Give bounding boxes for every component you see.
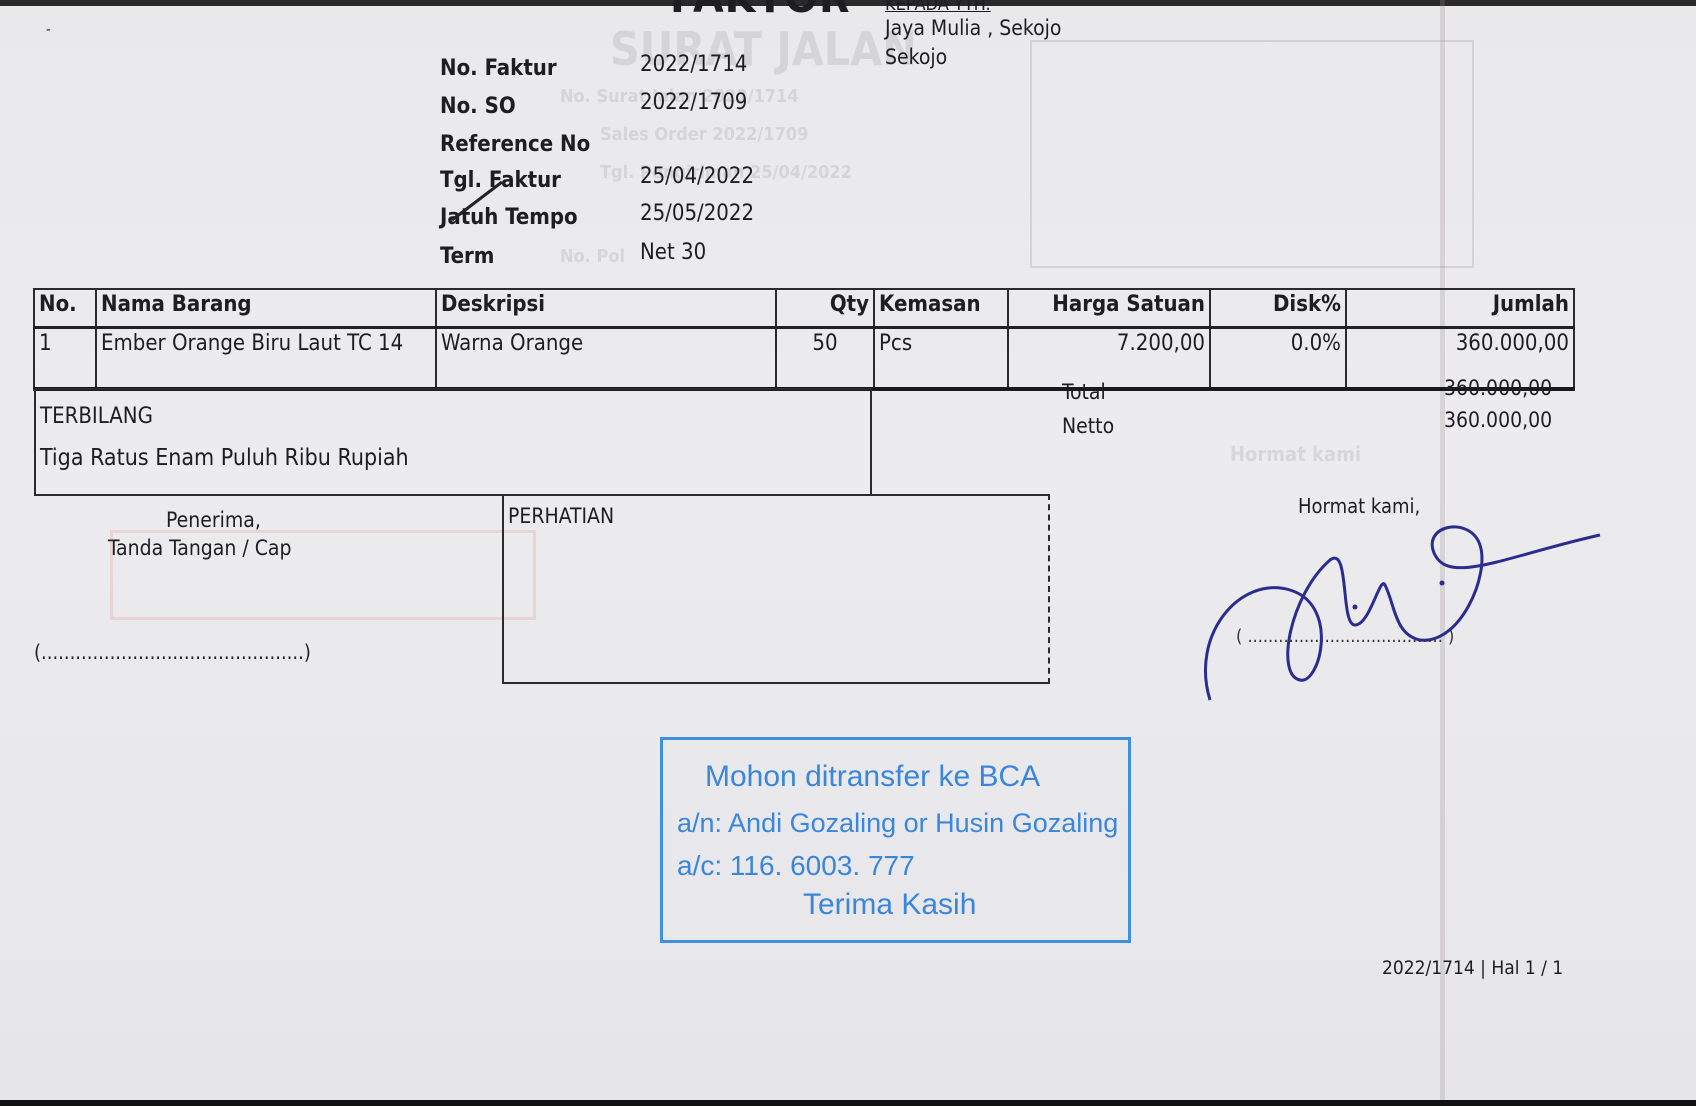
col-jumlah: Jumlah — [1346, 289, 1574, 328]
terbilang-label: TERBILANG — [40, 404, 153, 429]
cell-no: 1 — [34, 328, 96, 390]
bank-transfer-stamp: Mohon ditransfer ke BCA a/n: Andi Gozali… — [660, 737, 1131, 943]
penerima-label: Penerima, — [166, 508, 261, 532]
stamp-line-3: a/c: 116. 6003. 777 — [677, 850, 915, 882]
penerima-sign-line: (.......................................… — [34, 640, 311, 664]
col-nama-barang: Nama Barang — [96, 289, 436, 328]
perhatian-label: PERHATIAN — [508, 504, 614, 528]
ghost-red-stamp — [110, 530, 536, 620]
customer-name: Jaya Mulia , Sekojo — [885, 16, 1061, 40]
header-field-value: 25/04/2022 — [640, 164, 754, 189]
header-field-label: Term — [440, 244, 494, 269]
ghost-line: Sales Order 2022/1709 — [600, 124, 808, 145]
header-field-label: Reference No — [440, 132, 590, 157]
stamp-line-1: Mohon ditransfer ke BCA — [705, 760, 1040, 794]
scan-mark: - — [46, 22, 51, 38]
total-label: Total — [1062, 380, 1106, 404]
header-field-value: 2022/1709 — [640, 90, 747, 115]
ghost-line: Hormat kami — [1230, 442, 1361, 466]
cell-nama-barang: Ember Orange Biru Laut TC 14 — [96, 328, 436, 390]
table-row: 1 Ember Orange Biru Laut TC 14 Warna Ora… — [34, 328, 1574, 390]
customer-city: Sekojo — [885, 45, 947, 69]
cell-harga: 7.200,00 — [1008, 328, 1210, 390]
netto-value: 360.000,00 — [1444, 408, 1552, 432]
col-kemasan: Kemasan — [874, 289, 1008, 328]
ghost-box — [1030, 40, 1474, 268]
cell-kemasan: Pcs — [874, 328, 1008, 390]
pen-mark-icon — [446, 178, 506, 224]
items-table: No. Nama Barang Deskripsi Qty Kemasan Ha… — [33, 288, 1575, 391]
header-field-label: No. SO — [440, 94, 516, 119]
scan-edge-bottom — [0, 1100, 1696, 1106]
col-no: No. — [34, 289, 96, 328]
page-reference: 2022/1714 | Hal 1 / 1 — [1382, 957, 1563, 979]
terbilang-box: TERBILANG Tiga Ratus Enam Puluh Ribu Rup… — [34, 388, 872, 496]
netto-label: Netto — [1062, 414, 1114, 438]
header-field-value: 2022/1714 — [640, 52, 747, 77]
col-qty: Qty — [776, 289, 874, 328]
table-header-row: No. Nama Barang Deskripsi Qty Kemasan Ha… — [34, 289, 1574, 328]
ghost-line: No. Pol — [560, 246, 625, 267]
col-deskripsi: Deskripsi — [436, 289, 776, 328]
perhatian-box: PERHATIAN — [502, 494, 1050, 684]
header-field-value: Net 30 — [640, 240, 706, 265]
kepada-label: KEPADA YTH. — [885, 0, 991, 15]
signature-icon — [1180, 515, 1620, 715]
terbilang-text: Tiga Ratus Enam Puluh Ribu Rupiah — [40, 445, 409, 471]
header-field-label: No. Faktur — [440, 56, 557, 81]
header-field-value: 25/05/2022 — [640, 201, 754, 226]
stamp-line-4: Terima Kasih — [803, 888, 976, 922]
stamp-line-2: a/n: Andi Gozaling or Husin Gozaling — [677, 808, 1118, 839]
cell-qty: 50 — [776, 328, 874, 390]
total-value: 360.000,00 — [1444, 376, 1552, 400]
document-title: FAKTOR — [670, 0, 850, 23]
col-disk: Disk% — [1210, 289, 1346, 328]
cell-disk: 0.0% — [1210, 328, 1346, 390]
cell-deskripsi: Warna Orange — [436, 328, 776, 390]
col-harga-satuan: Harga Satuan — [1008, 289, 1210, 328]
